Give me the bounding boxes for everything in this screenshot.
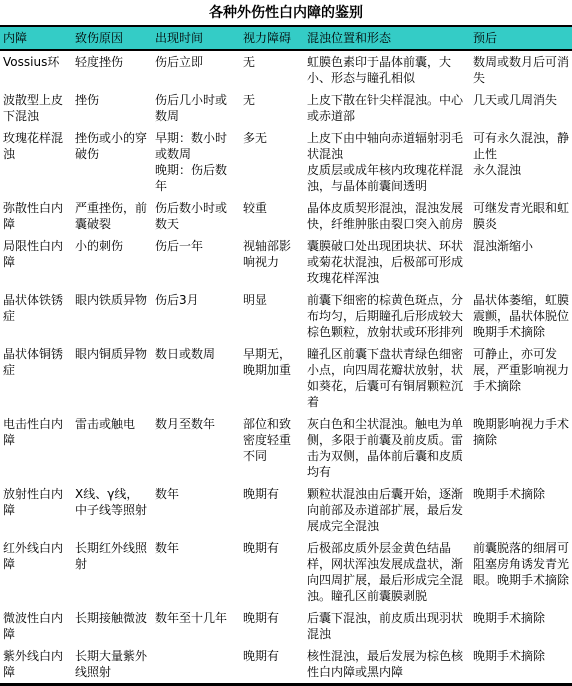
cell-onset-time: 数年至十几年 (152, 607, 240, 645)
cell-opacity-location-shape: 核性混浊，最后发展为棕色核性白内障或黑内障 (304, 645, 470, 685)
cell-cataract-type: 电击性白内障 (0, 413, 72, 483)
cell-opacity-location-shape: 上皮下由中轴向赤道辐射羽毛状混浊 皮质层或成年核内玫瑰花样混浊，与晶体前囊间透明 (304, 127, 470, 197)
cell-cataract-type: 晶状体铁锈症 (0, 289, 72, 343)
table-row: 晶状体铁锈症 眼内铁质异物 伤后3月 明显 前囊下细密的棕黄色斑点，分布均匀，后… (0, 289, 572, 343)
cell-cataract-type: 晶状体铜锈症 (0, 343, 72, 413)
cell-injury-cause: X线、γ线，中子线等照射 (72, 483, 152, 537)
cell-injury-cause: 挫伤或小的穿破伤 (72, 127, 152, 197)
col-header-vision-impairment: 视力障碍 (240, 26, 304, 50)
cell-vision-impairment: 多无 (240, 127, 304, 197)
cell-cataract-type: 局限性白内障 (0, 235, 72, 289)
cell-cataract-type: 放射性白内障 (0, 483, 72, 537)
cell-onset-time: 伤后立即 (152, 50, 240, 89)
cell-injury-cause: 长期红外线照射 (72, 537, 152, 607)
cell-injury-cause: 挫伤 (72, 89, 152, 127)
table-row: 弥散性白内障 严重挫伤，前囊破裂 伤后数小时或数天 较重 晶体皮质契形混浊，混浊… (0, 197, 572, 235)
cell-prognosis: 晚期手术摘除 (470, 607, 572, 645)
cell-onset-time: 早期：数小时或数周 晚期：伤后数年 (152, 127, 240, 197)
col-header-opacity-location-shape: 混浊位置和形态 (304, 26, 470, 50)
table-row: Vossius环 轻度挫伤 伤后立即 无 虹膜色素印于晶体前囊，大小、形态与瞳孔… (0, 50, 572, 89)
cell-opacity-location-shape: 晶体皮质契形混浊，混浊发展快，纤维肿胀由裂口突入前房 (304, 197, 470, 235)
cell-prognosis: 晶状体萎缩，虹膜震颤，晶状体脱位 晚期手术摘除 (470, 289, 572, 343)
cell-opacity-location-shape: 上皮下散在针尖样混浊。中心或赤道部 (304, 89, 470, 127)
cell-opacity-location-shape: 颗粒状混浊由后囊开始，逐渐向前部及赤道部扩展，最后发展成完全混浊 (304, 483, 470, 537)
cell-onset-time: 数年 (152, 483, 240, 537)
cell-opacity-location-shape: 囊膜破口处出现团块状、环状或菊花状混浊，后极部可形成玫瑰花样浑浊 (304, 235, 470, 289)
cell-onset-time: 伤后一年 (152, 235, 240, 289)
cell-prognosis: 晚期手术摘除 (470, 483, 572, 537)
table-body: Vossius环 轻度挫伤 伤后立即 无 虹膜色素印于晶体前囊，大小、形态与瞳孔… (0, 50, 572, 685)
cell-cataract-type: 红外线白内障 (0, 537, 72, 607)
table-row: 红外线白内障 长期红外线照射 数年 晚期有 后极部皮质外层金黄色结晶样，网状浑浊… (0, 537, 572, 607)
cell-cataract-type: Vossius环 (0, 50, 72, 89)
cell-onset-time (152, 645, 240, 685)
table-row: 电击性白内障 雷击或触电 数月至数年 部位和致密度轻重不同 灰白色和尘状混浊。触… (0, 413, 572, 483)
table-header: 内障 致伤原因 出现时间 视力障碍 混浊位置和形态 预后 (0, 26, 572, 50)
cell-onset-time: 数年 (152, 537, 240, 607)
cell-vision-impairment: 早期无，晚期加重 (240, 343, 304, 413)
cell-prognosis: 几天或几周消失 (470, 89, 572, 127)
cell-onset-time: 伤后数小时或数天 (152, 197, 240, 235)
cell-opacity-location-shape: 前囊下细密的棕黄色斑点，分布均匀，后期瞳孔后形成较大棕色颗粒，放射状或环形排列 (304, 289, 470, 343)
cell-onset-time: 数日或数周 (152, 343, 240, 413)
cell-cataract-type: 紫外线白内障 (0, 645, 72, 685)
cell-cataract-type: 弥散性白内障 (0, 197, 72, 235)
cell-injury-cause: 轻度挫伤 (72, 50, 152, 89)
cell-prognosis: 晚期影响视力手术摘除 (470, 413, 572, 483)
page-title: 各种外伤性白内障的鉴别 (0, 4, 572, 22)
cell-cataract-type: 波散型上皮下混浊 (0, 89, 72, 127)
cell-vision-impairment: 晚期有 (240, 645, 304, 685)
table-row: 微波性白内障 长期接触微波 数年至十几年 晚期有 后囊下混浊，前皮质出现羽状混浊… (0, 607, 572, 645)
cell-vision-impairment: 部位和致密度轻重不同 (240, 413, 304, 483)
table-row: 局限性白内障 小的刺伤 伤后一年 视轴部影响视力 囊膜破口处出现团块状、环状或菊… (0, 235, 572, 289)
cell-opacity-location-shape: 瞳孔区前囊下盘状青绿色细密小点，向四周花瓣状放射，状如葵花，后囊可有铜屑颗粒沉着 (304, 343, 470, 413)
col-header-prognosis: 预后 (470, 26, 572, 50)
table-row: 玫瑰花样混浊 挫伤或小的穿破伤 早期：数小时或数周 晚期：伤后数年 多无 上皮下… (0, 127, 572, 197)
cell-prognosis: 可有永久混浊，静止性 永久混浊 (470, 127, 572, 197)
cell-prognosis: 混浊渐缩小 (470, 235, 572, 289)
table-row: 放射性白内障 X线、γ线，中子线等照射 数年 晚期有 颗粒状混浊由后囊开始，逐渐… (0, 483, 572, 537)
cell-opacity-location-shape: 后极部皮质外层金黄色结晶样，网状浑浊发展成盘状，渐向四周扩展，最后形成完全混浊。… (304, 537, 470, 607)
table-row: 紫外线白内障 长期大量紫外线照射 晚期有 核性混浊，最后发展为棕色核性白内障或黑… (0, 645, 572, 685)
cell-prognosis: 晚期手术摘除 (470, 645, 572, 685)
cell-onset-time: 伤后3月 (152, 289, 240, 343)
cell-injury-cause: 眼内铁质异物 (72, 289, 152, 343)
table-header-row: 内障 致伤原因 出现时间 视力障碍 混浊位置和形态 预后 (0, 26, 572, 50)
cell-cataract-type: 微波性白内障 (0, 607, 72, 645)
cell-opacity-location-shape: 后囊下混浊，前皮质出现羽状混浊 (304, 607, 470, 645)
cell-prognosis: 可继发青光眼和虹膜炎 (470, 197, 572, 235)
cell-vision-impairment: 无 (240, 89, 304, 127)
cell-prognosis: 前囊脱落的细屑可阻塞房角诱发青光眼。晚期手术摘除 (470, 537, 572, 607)
cell-vision-impairment: 较重 (240, 197, 304, 235)
col-header-cataract-type: 内障 (0, 26, 72, 50)
col-header-onset-time: 出现时间 (152, 26, 240, 50)
cell-injury-cause: 雷击或触电 (72, 413, 152, 483)
cell-vision-impairment: 无 (240, 50, 304, 89)
cell-injury-cause: 眼内铜质异物 (72, 343, 152, 413)
col-header-injury-cause: 致伤原因 (72, 26, 152, 50)
table-row: 波散型上皮下混浊 挫伤 伤后几小时或数周 无 上皮下散在针尖样混浊。中心或赤道部… (0, 89, 572, 127)
cell-vision-impairment: 晚期有 (240, 537, 304, 607)
cell-opacity-location-shape: 灰白色和尘状混浊。触电为单侧，多限于前囊及前皮质。雷击为双侧，晶体前后囊和皮质均… (304, 413, 470, 483)
cell-injury-cause: 长期接触微波 (72, 607, 152, 645)
cell-prognosis: 数周或数月后可消失 (470, 50, 572, 89)
page: 各种外伤性白内障的鉴别 内障 致伤原因 出现时间 视力障碍 混浊位置和形态 预后… (0, 0, 572, 686)
cell-vision-impairment: 晚期有 (240, 483, 304, 537)
cell-onset-time: 伤后几小时或数周 (152, 89, 240, 127)
cell-opacity-location-shape: 虹膜色素印于晶体前囊，大小、形态与瞳孔相似 (304, 50, 470, 89)
differential-table: 内障 致伤原因 出现时间 视力障碍 混浊位置和形态 预后 Vossius环 轻度… (0, 25, 572, 686)
cell-onset-time: 数月至数年 (152, 413, 240, 483)
cell-injury-cause: 小的刺伤 (72, 235, 152, 289)
cell-injury-cause: 长期大量紫外线照射 (72, 645, 152, 685)
cell-prognosis: 可静止，亦可发展，严重影响视力手术摘除 (470, 343, 572, 413)
cell-injury-cause: 严重挫伤，前囊破裂 (72, 197, 152, 235)
table-row: 晶状体铜锈症 眼内铜质异物 数日或数周 早期无，晚期加重 瞳孔区前囊下盘状青绿色… (0, 343, 572, 413)
cell-vision-impairment: 视轴部影响视力 (240, 235, 304, 289)
cell-cataract-type: 玫瑰花样混浊 (0, 127, 72, 197)
cell-vision-impairment: 明显 (240, 289, 304, 343)
cell-vision-impairment: 晚期有 (240, 607, 304, 645)
